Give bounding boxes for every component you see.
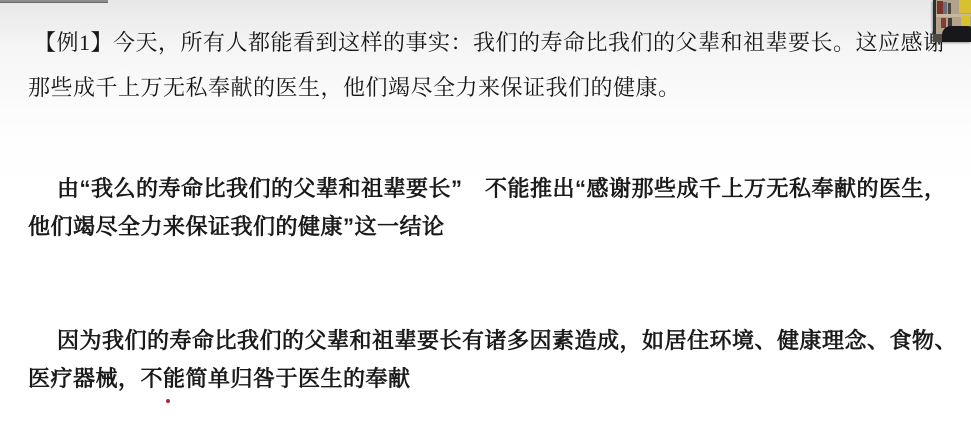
slide-canvas: 【例1】今天，所有人都能看到这样的事实：我们的寿命比我们的父辈和祖辈要长。这应感… — [0, 0, 971, 424]
example-statement-line-2: 那些成千上万无私奉献的医生，他们竭尽全力来保证我们的健康。 — [28, 65, 963, 110]
example-statement-paragraph: 【例1】今天，所有人都能看到这样的事实：我们的寿命比我们的父辈和祖辈要长。这应感… — [28, 20, 963, 110]
person-head-silhouette — [942, 26, 971, 42]
analysis-paragraph-1: 由“我么的寿命比我们的父辈和祖辈要长” 不能推出“感谢那些成千上万无私奉献的医生… — [28, 170, 963, 246]
analysis-paragraph-2: 因为我们的寿命比我们的父辈和祖辈要长有诸多因素造成，如居住环境、健康理念、食物、… — [28, 322, 963, 398]
red-annotation-dot — [166, 399, 170, 403]
book-spine-blue — [943, 2, 947, 14]
analysis-1-line-2: 他们竭尽全力来保证我们的健康”这一结论 — [28, 208, 963, 246]
analysis-1-line-1: 由“我么的寿命比我们的父辈和祖辈要长” 不能推出“感谢那些成千上万无私奉献的医生… — [28, 170, 963, 208]
book-spine-dark — [948, 3, 951, 14]
analysis-2-line-2: 医疗器械，不能简单归咎于医生的奉献 — [28, 360, 963, 398]
book-spine-yellow-top — [959, 0, 971, 13]
top-left-gray-bar — [0, 0, 108, 3]
webcam-video-thumbnail[interactable] — [933, 0, 971, 42]
example-statement-line-1: 【例1】今天，所有人都能看到这样的事实：我们的寿命比我们的父辈和祖辈要长。这应感… — [28, 20, 963, 65]
analysis-2-line-1: 因为我们的寿命比我们的父辈和祖辈要长有诸多因素造成，如居住环境、健康理念、食物、 — [28, 322, 963, 360]
